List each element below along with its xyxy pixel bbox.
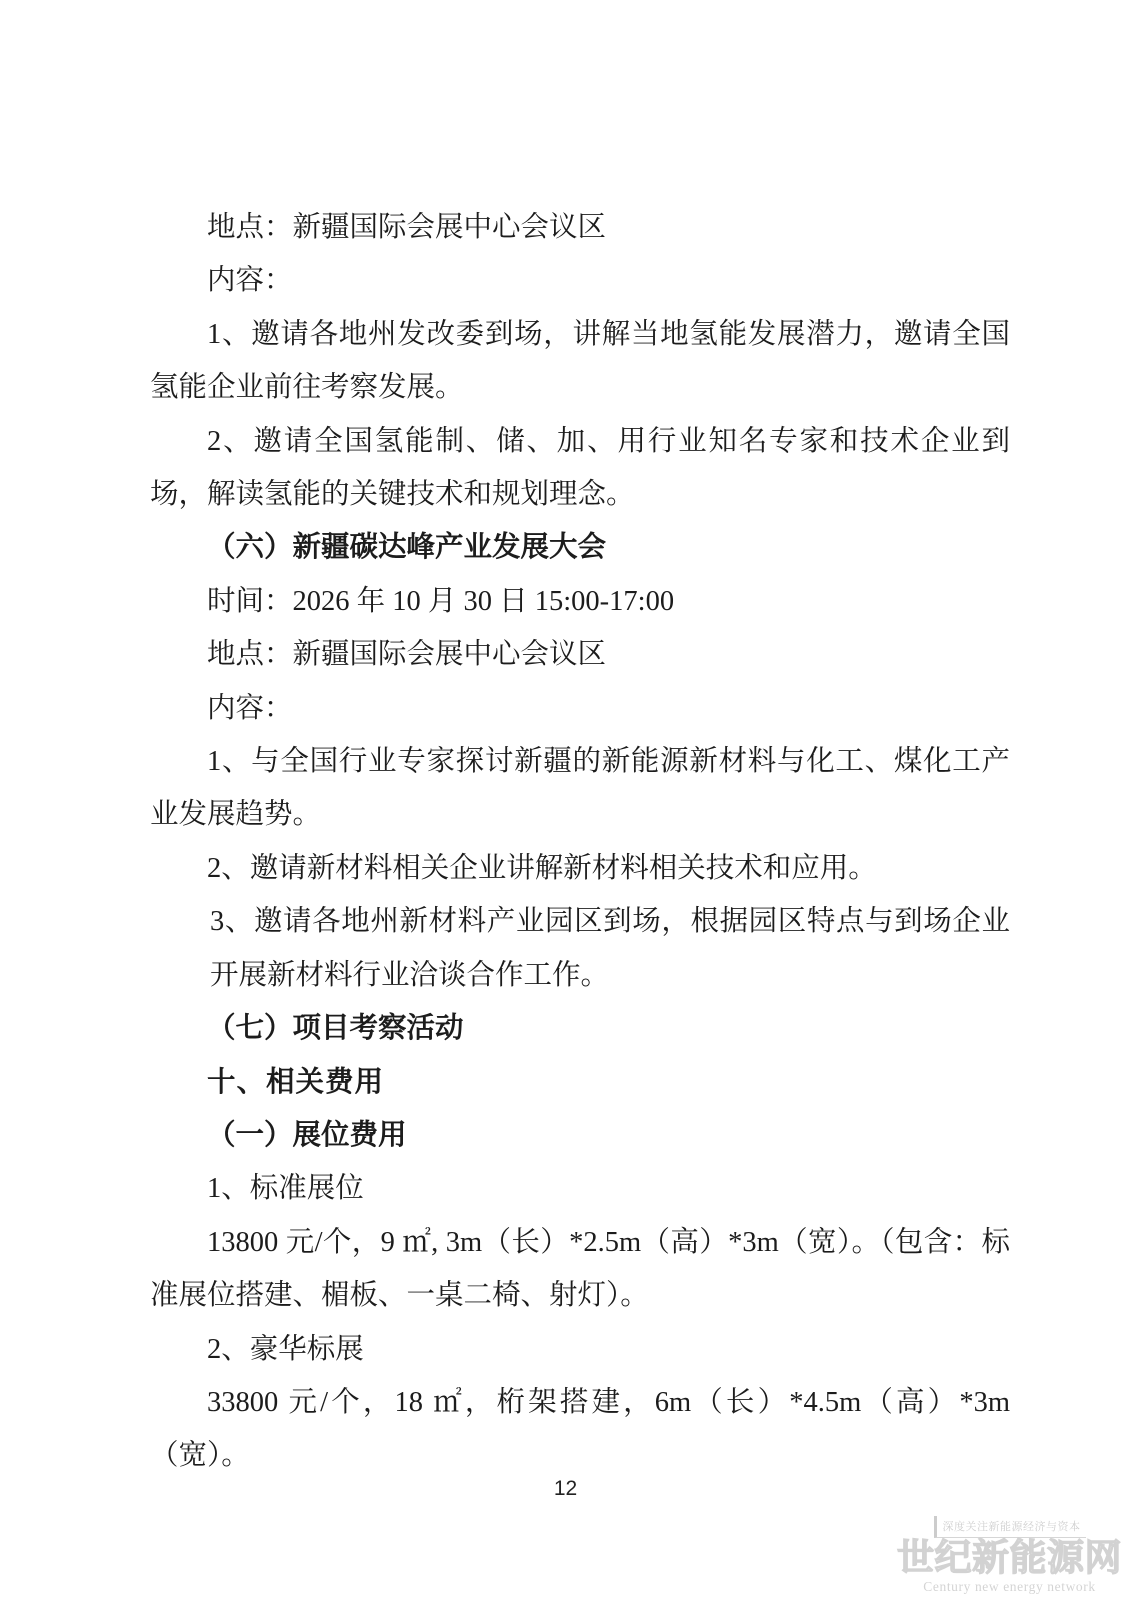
paragraph-item-2: 2、邀请全国氢能制、储、加、用行业知名专家和技术企业到场，解读氢能的关键技术和规… (150, 415, 1010, 522)
heading-chapter-10-fees: 十、相关费用 (150, 1056, 1010, 1109)
paragraph-location-2: 地点：新疆国际会展中心会议区 (150, 628, 1010, 681)
paragraph-item-3b: 3、邀请各地州新材料产业园区到场，根据园区特点与到场企业开展新材料行业洽谈合作工… (150, 895, 1010, 1002)
heading-section-7: （七）项目考察活动 (150, 1002, 1010, 1055)
paragraph-standard-price: 13800 元/个，9 ㎡, 3m（长）*2.5m（高）*3m（宽）。（包含：标… (150, 1216, 1010, 1323)
document-body: 地点：新疆国际会展中心会议区 内容： 1、邀请各地州发改委到场，讲解当地氢能发展… (150, 201, 1010, 1483)
paragraph-deluxe-booth: 2、豪华标展 (150, 1323, 1010, 1376)
heading-booth-fees: （一）展位费用 (150, 1109, 1010, 1162)
paragraph-item-2b: 2、邀请新材料相关企业讲解新材料相关技术和应用。 (150, 842, 1010, 895)
watermark-title: 世纪新能源网 (897, 1538, 1122, 1578)
paragraph-content-label: 内容： (150, 254, 1010, 307)
watermark-tagline: 深度关注新能源经济与资本 (934, 1516, 1086, 1538)
watermark-subtitle: Century new energy network (923, 1579, 1095, 1595)
watermark-logo: 深度关注新能源经济与资本 世纪新能源网 Century new energy n… (897, 1516, 1122, 1595)
page-footer: 12 (0, 1477, 1131, 1501)
paragraph-content-label-2: 内容： (150, 682, 1010, 735)
paragraph-time: 时间：2026 年 10 月 30 日 15:00-17:00 (150, 575, 1010, 628)
document-page: 地点：新疆国际会展中心会议区 内容： 1、邀请各地州发改委到场，讲解当地氢能发展… (0, 0, 1131, 1600)
paragraph-standard-booth: 1、标准展位 (150, 1162, 1010, 1215)
paragraph-deluxe-price: 33800 元/个，18 ㎡，桁架搭建，6m（长）*4.5m（高）*3m（宽）。 (150, 1376, 1010, 1483)
page-number: 12 (554, 1477, 577, 1500)
paragraph-location: 地点：新疆国际会展中心会议区 (150, 201, 1010, 254)
paragraph-item-1b: 1、与全国行业专家探讨新疆的新能源新材料与化工、煤化工产业发展趋势。 (150, 735, 1010, 842)
paragraph-item-1: 1、邀请各地州发改委到场，讲解当地氢能发展潜力，邀请全国氢能企业前往考察发展。 (150, 308, 1010, 415)
heading-section-6: （六）新疆碳达峰产业发展大会 (150, 521, 1010, 574)
